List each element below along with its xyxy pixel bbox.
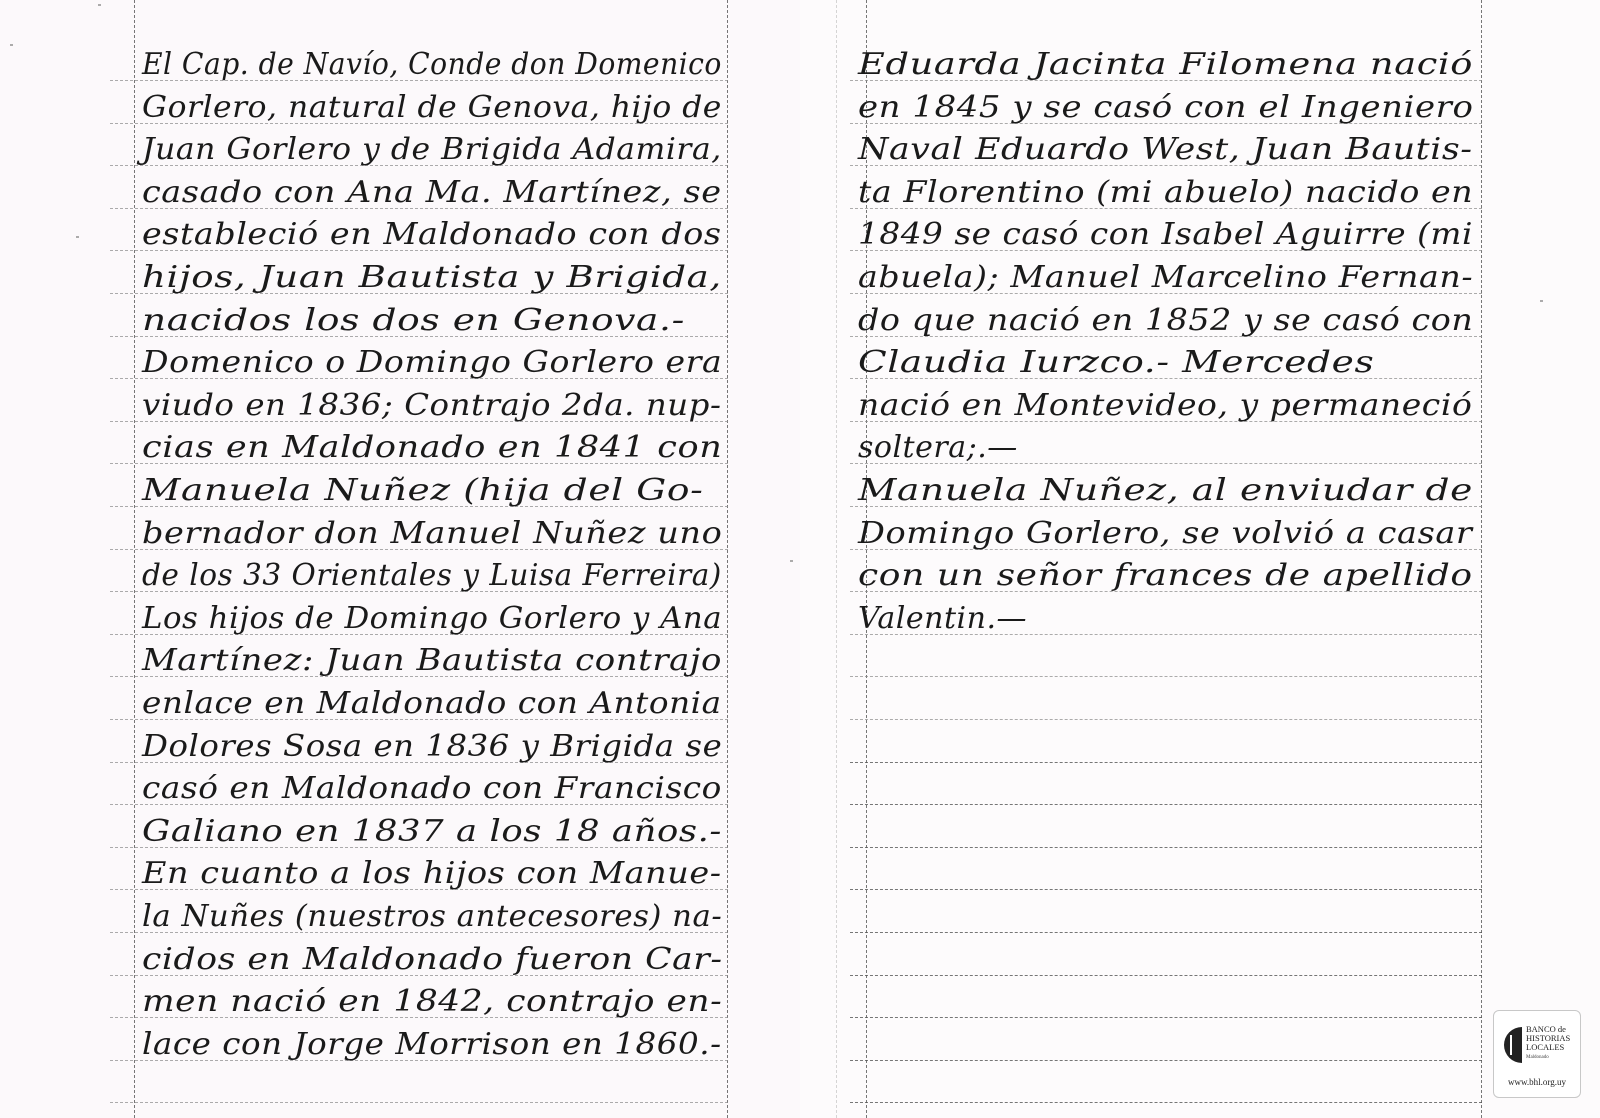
handwritten-line: soltera;.— (858, 433, 1018, 463)
handwritten-line: Claudia Iurzco.- Mercedes (858, 348, 1374, 378)
handwritten-line: de los 33 Orientales y Luisa Ferreira) (142, 561, 722, 591)
logo-url: www.bhl.org.uy (1494, 1077, 1580, 1087)
ruled-line (850, 1060, 1482, 1061)
handwritten-line: hijos, Juan Bautista y Brigida, (142, 263, 722, 293)
handwritten-line: lace con Jorge Morrison en 1860.- (142, 1030, 722, 1060)
left-page-margin-line (134, 0, 135, 1118)
handwritten-line: Manuela Nuñez, al enviudar de (858, 476, 1473, 506)
scanned-spread: El Cap. de Navío, Conde don DomenicoGorl… (0, 0, 1600, 1118)
right-page-right-border (1481, 0, 1482, 1118)
handwritten-line: Valentin.— (858, 604, 1027, 634)
handwritten-line: El Cap. de Navío, Conde don Domenico (142, 50, 722, 80)
handwritten-line: Martínez: Juan Bautista contrajo (142, 646, 722, 676)
ruled-line (850, 804, 1482, 805)
handwritten-line: en 1845 y se casó con el Ingeniero (858, 93, 1473, 123)
handwritten-line: nació en Montevideo, y permaneció (858, 391, 1472, 421)
logo-name-line3: LOCALES (1526, 1043, 1578, 1052)
logo-name: BANCO de HISTORIAS LOCALES (1526, 1025, 1578, 1052)
handwritten-line: 1849 se casó con Isabel Aguirre (mi (858, 220, 1473, 250)
ruled-line (850, 975, 1482, 976)
ruled-line (850, 1017, 1482, 1018)
handwritten-line: estableció en Maldonado con dos (142, 220, 722, 250)
ruled-line (850, 762, 1482, 763)
handwritten-line: nacidos los dos en Genova.- (142, 306, 685, 336)
handwritten-line: Los hijos de Domingo Gorlero y Ana (142, 604, 722, 634)
handwritten-line: Juan Gorlero y de Brigida Adamira, (142, 135, 722, 165)
handwritten-line: Gorlero, natural de Genova, hijo de (142, 93, 722, 123)
handwritten-line: Eduarda Jacinta Filomena nació (858, 50, 1473, 80)
ruled-line (850, 932, 1482, 933)
handwritten-line: Dolores Sosa en 1836 y Brigida se (142, 732, 722, 762)
ruled-line (850, 676, 1482, 677)
ruled-line (850, 889, 1482, 890)
handwritten-line: Naval Eduardo West, Juan Bautis- (858, 135, 1473, 165)
handwritten-line: men nació en 1842, contrajo en- (142, 987, 722, 1017)
bhl-watermark-logo: BANCO de HISTORIAS LOCALES Maldonado www… (1493, 1010, 1581, 1098)
ruled-line (850, 719, 1482, 720)
left-page-right-border (727, 0, 728, 1118)
handwritten-line: casó en Maldonado con Francisco (142, 774, 722, 804)
handwritten-line: Domingo Gorlero, se volvió a casar (858, 519, 1472, 549)
handwritten-line: enlace en Maldonado con Antonia (142, 689, 722, 719)
handwritten-line: cias en Maldonado en 1841 con (142, 433, 722, 463)
ruled-line (110, 1102, 728, 1103)
handwritten-line: En cuanto a los hijos con Manue- (142, 859, 722, 889)
ruled-line (850, 1102, 1482, 1103)
handwritten-line: bernador don Manuel Nuñez uno (142, 519, 722, 549)
handwritten-line: do que nació en 1852 y se casó con (858, 306, 1473, 336)
handwritten-line: viudo en 1836; Contrajo 2da. nup- (142, 391, 721, 421)
logo-subtitle: Maldonado (1526, 1055, 1549, 1060)
right-page-faint-line (836, 0, 837, 1118)
handwritten-line: abuela); Manuel Marcelino Fernan- (858, 263, 1473, 293)
handwritten-line: con un señor frances de apellido (858, 561, 1473, 591)
handwritten-line: Manuela Nuñez (hija del Go- (142, 476, 703, 506)
handwritten-line: la Nuñes (nuestros antecesores) na- (142, 902, 722, 932)
tree-emblem-icon (1504, 1027, 1522, 1063)
handwritten-line: cidos en Maldonado fueron Car- (142, 945, 723, 975)
ruled-line (850, 847, 1482, 848)
handwritten-line: Domenico o Domingo Gorlero era (142, 348, 722, 378)
handwritten-line: Galiano en 1837 a los 18 años.- (142, 817, 722, 847)
handwritten-line: ta Florentino (mi abuelo) nacido en (858, 178, 1473, 208)
handwritten-line: casado con Ana Ma. Martínez, se (142, 178, 722, 208)
